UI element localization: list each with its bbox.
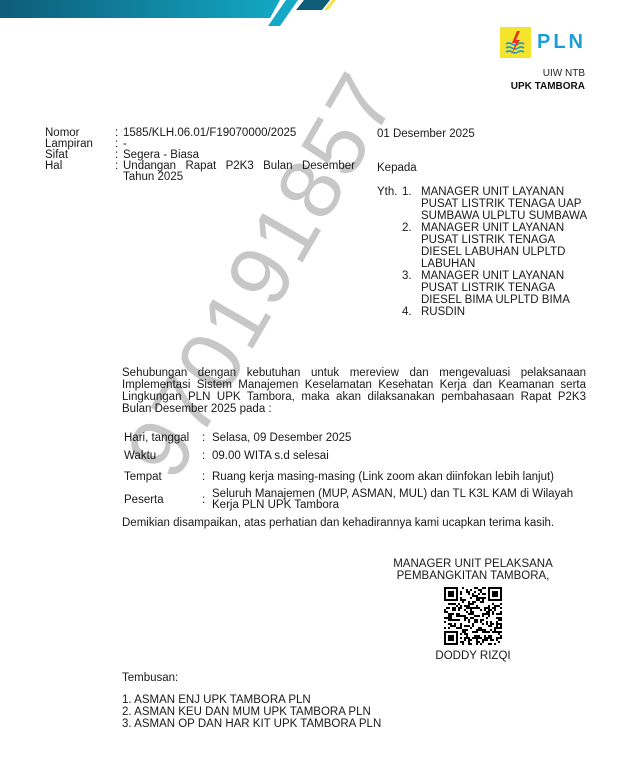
header-banner bbox=[0, 0, 631, 26]
detail-row-time: Waktu : 09.00 WITA s.d selesai bbox=[124, 447, 594, 465]
logo-text: PLN bbox=[537, 31, 586, 54]
meta-hal: Hal : Undangan Rapat P2K3 Bulan Desember… bbox=[45, 161, 355, 183]
detail-row-date: Hari, tanggal : Selasa, 09 Desember 2025 bbox=[124, 429, 594, 447]
meta-lampiran: Lampiran : - bbox=[45, 139, 355, 150]
letter-meta: Nomor : 1585/KLH.06.01/F19070000/2025 La… bbox=[45, 128, 355, 183]
meeting-details: Hari, tanggal : Selasa, 09 Desember 2025… bbox=[124, 429, 594, 513]
qr-code-icon bbox=[444, 587, 502, 645]
detail-row-participants: Peserta : Seluruh Manajemen (MUP, ASMAN,… bbox=[124, 487, 594, 513]
lightning-icon bbox=[500, 27, 531, 58]
signature-title: MANAGER UNIT PELAKSANA PEMBANGKITAN TAMB… bbox=[383, 558, 563, 582]
cc-title: Tembusan: bbox=[122, 672, 178, 684]
pln-logo: PLN bbox=[500, 27, 586, 58]
letter-date: 01 Desember 2025 bbox=[377, 128, 475, 140]
closing-text: Demikian disampaikan, atas perhatian dan… bbox=[122, 517, 554, 529]
recipient-item: 2. MANAGER UNIT LAYANAN PUSAT LISTRIK TE… bbox=[377, 222, 592, 270]
recipient-list: Yth. 1. MANAGER UNIT LAYANAN PUSAT LISTR… bbox=[377, 186, 592, 318]
cc-item: 1. ASMAN ENJ UPK TAMBORA PLN bbox=[122, 694, 381, 706]
cc-list: 1. ASMAN ENJ UPK TAMBORA PLN 2. ASMAN KE… bbox=[122, 694, 381, 730]
cc-item: 2. ASMAN KEU DAN MUM UPK TAMBORA PLN bbox=[122, 706, 381, 718]
recipient-item: Yth. 1. MANAGER UNIT LAYANAN PUSAT LISTR… bbox=[377, 186, 592, 222]
cc-item: 3. ASMAN OP DAN HAR KIT UPK TAMBORA PLN bbox=[122, 718, 381, 730]
unit-region: UIW NTB bbox=[543, 68, 585, 79]
unit-name: UPK TAMBORA bbox=[511, 81, 585, 92]
signer-name: DODDY RIZQI bbox=[383, 650, 563, 662]
detail-row-place: Tempat : Ruang kerja masing-masing (Link… bbox=[124, 467, 594, 487]
recipient-item: 4. RUSDIN bbox=[377, 306, 592, 318]
kepada-label: Kepada bbox=[377, 162, 417, 174]
recipient-item: 3. MANAGER UNIT LAYANAN PUSAT LISTRIK TE… bbox=[377, 270, 592, 306]
body-paragraph: Sehubungan dengan kebutuhan untuk merevi… bbox=[122, 367, 586, 415]
